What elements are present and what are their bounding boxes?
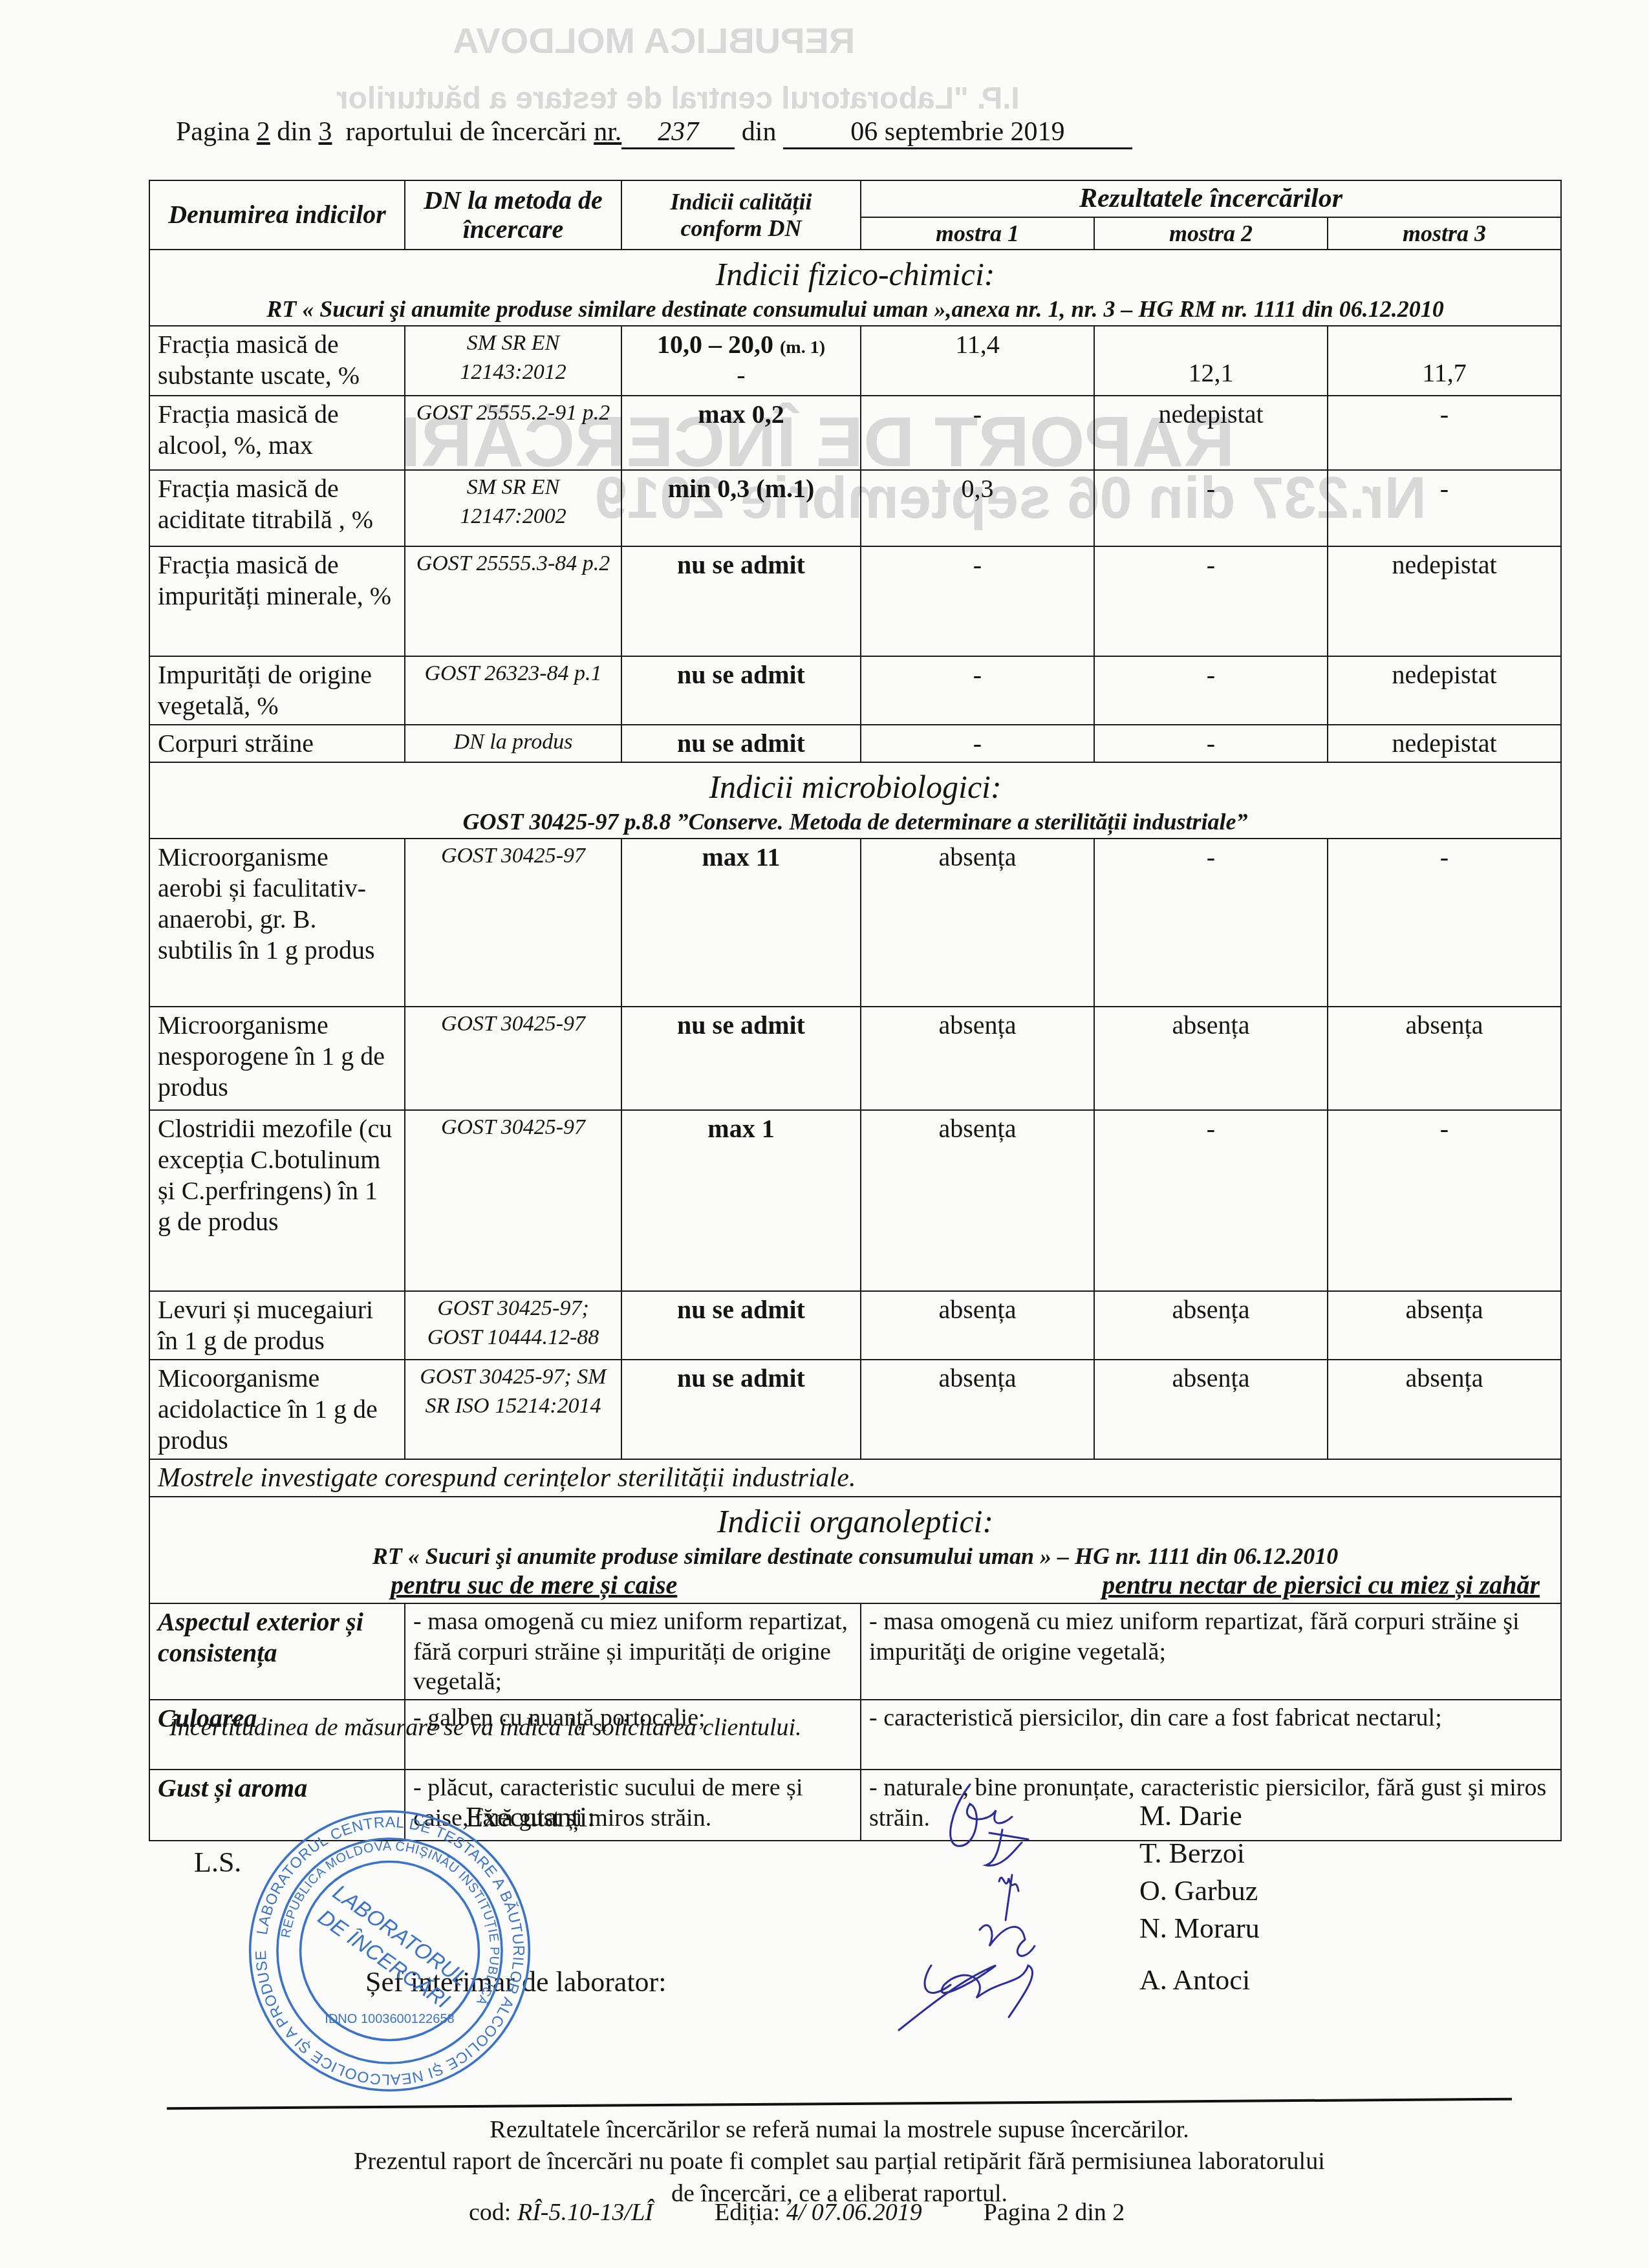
result-sample-2: -	[1094, 725, 1328, 762]
date-label: din	[742, 117, 777, 147]
code-label: cod:	[469, 2199, 511, 2226]
test-method: GOST 30425-97	[405, 1007, 621, 1110]
norm-value: 10,0 – 20,0	[657, 330, 773, 359]
test-method: GOST 25555.2-91 p.2	[405, 396, 621, 470]
quality-norm: nu se admit	[621, 656, 861, 725]
result-sample-2: -	[1094, 1110, 1328, 1291]
footer-disclaimer: Rezultatele încercărilor se referă numai…	[167, 2114, 1512, 2210]
section-header: Indicii microbiologici:GOST 30425-97 p.8…	[149, 762, 1561, 839]
quality-norm: min 0,3 (m.1)	[621, 470, 861, 546]
code-value: RÎ-5.10-13/LÎ	[517, 2199, 653, 2226]
results-table: Denumirea indicilor DN la metoda de înce…	[149, 180, 1562, 1841]
result-sample-2: -	[1094, 546, 1328, 656]
result-sample-3: absența	[1328, 1007, 1561, 1110]
indicator-name: Fracția masică de substante uscate, %	[149, 326, 405, 396]
section-header-row: Indicii organoleptici:RT « Sucuri şi anu…	[149, 1497, 1561, 1603]
col-header-method: DN la metoda de încercare	[405, 180, 621, 250]
norm-value: max 0,2	[698, 400, 784, 429]
table-row: Impurități de origine vegetală, %GOST 26…	[149, 656, 1561, 725]
indicator-name: Fracția masică de impurități minerale, %	[149, 546, 405, 656]
section-subtitle: GOST 30425-97 p.8.8 ”Conserve. Metoda de…	[158, 808, 1553, 835]
organoleptic-left-value: - masa omogenă cu miez uniform repartiza…	[405, 1603, 861, 1700]
section-header-row: Indicii microbiologici:GOST 30425-97 p.8…	[149, 762, 1561, 839]
result-sample-3: nedepistat	[1328, 725, 1561, 762]
section-title: Indicii microbiologici:	[709, 769, 1001, 805]
form-page-label: Pagina 2 din 2	[984, 2199, 1125, 2226]
norm-value: nu se admit	[677, 1364, 805, 1393]
report-label: raportului de încercări	[345, 117, 587, 147]
test-method: GOST 26323-84 p.1	[405, 656, 621, 725]
report-number: 237	[621, 116, 735, 149]
result-sample-2: -	[1094, 656, 1328, 725]
indicator-name: Microorganisme aerobi și faculitativ-ana…	[149, 839, 405, 1007]
result-sample-2: -	[1094, 470, 1328, 546]
laboratory-stamp-icon: LABORATORUL CENTRAL DE TESTARE A BĂUTURI…	[246, 1807, 533, 2095]
quality-norm: nu se admit	[621, 1360, 861, 1459]
result-sample-3: nedepistat	[1328, 546, 1561, 656]
quality-norm: max 11	[621, 839, 861, 1007]
signature-scribbles-icon	[892, 1771, 1138, 2049]
test-method: GOST 30425-97; GOST 10444.12-88	[405, 1291, 621, 1360]
norm-value: nu se admit	[677, 660, 805, 689]
section-subtitle: RT « Sucuri şi anumite produse similare …	[158, 1543, 1553, 1570]
result-sample-1: -	[861, 546, 1094, 656]
section-header-row: Indicii fizico-chimici:RT « Sucuri şi an…	[149, 250, 1561, 326]
footer-line-1: Rezultatele încercărilor se referă numai…	[167, 2114, 1512, 2146]
report-header-line: Pagina 2 din 3 raportului de încercări n…	[176, 116, 1132, 149]
result-sample-3: -	[1328, 839, 1561, 1007]
table-row: Microorganisme nesporogene în 1 g de pro…	[149, 1007, 1561, 1110]
indicator-name: Clostridii mezofile (cu excepția C.botul…	[149, 1110, 405, 1291]
executant-name: M. Darie	[1139, 1797, 1260, 1835]
section-subtitle: RT « Sucuri şi anumite produse similare …	[158, 295, 1553, 323]
result-sample-1: absența	[861, 839, 1094, 1007]
svg-text:IDNO 1003600122658: IDNO 1003600122658	[325, 2012, 454, 2026]
product-columns: pentru suc de mere și caisepentru nectar…	[158, 1570, 1553, 1600]
section-title: Indicii fizico-chimici:	[716, 256, 995, 292]
table-row: Fracția masică de impurități minerale, %…	[149, 546, 1561, 656]
result-sample-1: absența	[861, 1291, 1094, 1360]
test-method: DN la produs	[405, 725, 621, 762]
test-method: SM SR EN 12147:2002	[405, 470, 621, 546]
table-row: Fracția masică de alcool, %, maxGOST 255…	[149, 396, 1561, 470]
norm-value: nu se admit	[677, 1295, 805, 1324]
col-header-norm: Indicii calității conform DN	[621, 180, 861, 250]
test-method: GOST 25555.3-84 p.2	[405, 546, 621, 656]
table-row: Microorganisme aerobi și faculitativ-ana…	[149, 839, 1561, 1007]
indicator-name: Corpuri străine	[149, 725, 405, 762]
result-sample-2: absența	[1094, 1360, 1328, 1459]
result-sample-2: 12,1	[1094, 326, 1328, 396]
col-header-sample-1: mostra 1	[861, 217, 1094, 250]
document-code-line: cod: RÎ-5.10-13/LÎ Ediția: 4/ 07.06.2019…	[469, 2198, 1125, 2227]
quality-norm: max 1	[621, 1110, 861, 1291]
norm-value: nu se admit	[677, 729, 805, 758]
executant-name: N. Moraru	[1139, 1910, 1260, 1947]
uncertainty-note: Încertitudinea de măsurare se va indica …	[169, 1713, 802, 1742]
indicator-name: Microorganisme nesporogene în 1 g de pro…	[149, 1007, 405, 1110]
result-sample-1: 11,4	[861, 326, 1094, 396]
page-current: 2	[257, 117, 270, 147]
table-row: Corpuri străineDN la produsnu se admit--…	[149, 725, 1561, 762]
edition-label: Ediția:	[715, 2199, 780, 2226]
table-row: Micoorganisme acidolactice în 1 g de pro…	[149, 1360, 1561, 1459]
quality-norm: nu se admit	[621, 546, 861, 656]
result-sample-3: absența	[1328, 1360, 1561, 1459]
test-method: GOST 30425-97	[405, 839, 621, 1007]
indicator-name: Levuri și mucegaiuri în 1 g de produs	[149, 1291, 405, 1360]
test-method: SM SR EN 12143:2012	[405, 326, 621, 396]
norm-value: max 1	[707, 1114, 774, 1143]
table-row: Fracția masică de aciditate titrabilă , …	[149, 470, 1561, 546]
result-sample-2: nedepistat	[1094, 396, 1328, 470]
norm-value: max 11	[702, 842, 780, 872]
test-method: GOST 30425-97; SM SR ISO 15214:2014	[405, 1360, 621, 1459]
result-sample-1: -	[861, 725, 1094, 762]
product-left-label: pentru suc de mere și caise	[391, 1570, 677, 1600]
footer-line-2: Prezentul raport de încercări nu poate f…	[167, 2146, 1512, 2177]
bleed-through-text: I.P. "Laboratorul central de testare a b…	[336, 81, 1020, 116]
edition-value: 4/ 07.06.2019	[786, 2199, 922, 2226]
executant-name: O. Garbuz	[1139, 1872, 1260, 1910]
table-row: Fracția masică de substante uscate, %SM …	[149, 326, 1561, 396]
table-row: Levuri și mucegaiuri în 1 g de produsGOS…	[149, 1291, 1561, 1360]
result-sample-1: 0,3	[861, 470, 1094, 546]
quality-norm: nu se admit	[621, 725, 861, 762]
result-sample-3: nedepistat	[1328, 656, 1561, 725]
result-sample-3: -	[1328, 1110, 1561, 1291]
organoleptic-indicator: Aspectul exterior și consistența	[149, 1603, 405, 1700]
page-total: 3	[318, 117, 332, 147]
col-header-sample-2: mostra 2	[1094, 217, 1328, 250]
quality-norm: nu se admit	[621, 1291, 861, 1360]
page-prefix: Pagina	[176, 117, 250, 147]
indicator-name: Fracția masică de aciditate titrabilă , …	[149, 470, 405, 546]
result-sample-2: absența	[1094, 1291, 1328, 1360]
result-sample-3: absența	[1328, 1291, 1561, 1360]
sterility-conclusion: Mostrele investigate corespund cerințelo…	[149, 1459, 1561, 1497]
indicator-name: Impurități de origine vegetală, %	[149, 656, 405, 725]
product-right-label: pentru nectar de piersici cu miez și zah…	[1102, 1570, 1540, 1600]
organoleptic-right-value: - caracteristică piersicilor, din care a…	[861, 1700, 1561, 1770]
indicator-name: Fracția masică de alcool, %, max	[149, 396, 405, 470]
section-title: Indicii organoleptici:	[717, 1503, 993, 1539]
quality-norm: 10,0 – 20,0 (m. 1)-	[621, 326, 861, 396]
footer-divider	[167, 2098, 1512, 2110]
ls-label: L.S.	[194, 1846, 241, 1879]
result-sample-2: absența	[1094, 1007, 1328, 1110]
document-page: REPUBLICA MOLDOVA I.P. "Laboratorul cent…	[0, 0, 1649, 2268]
result-sample-1: -	[861, 656, 1094, 725]
col-header-name: Denumirea indicilor	[149, 180, 405, 250]
norm-value: nu se admit	[677, 550, 805, 579]
executant-name: T. Berzoi	[1139, 1835, 1260, 1872]
result-sample-3: -	[1328, 396, 1561, 470]
organoleptic-row: Aspectul exterior și consistența- masa o…	[149, 1603, 1561, 1700]
col-header-results: Rezultatele încercărilor	[861, 180, 1561, 217]
table-row: Clostridii mezofile (cu excepția C.botul…	[149, 1110, 1561, 1291]
norm-value: nu se admit	[677, 1011, 805, 1040]
section-header: Indicii organoleptici:RT « Sucuri şi anu…	[149, 1497, 1561, 1603]
page-of: din	[277, 117, 312, 147]
result-sample-3: -	[1328, 470, 1561, 546]
section-header: Indicii fizico-chimici:RT « Sucuri şi an…	[149, 250, 1561, 326]
result-sample-3: 11,7	[1328, 326, 1561, 396]
conclusion-row: Mostrele investigate corespund cerințelo…	[149, 1459, 1561, 1497]
test-method: GOST 30425-97	[405, 1110, 621, 1291]
result-sample-1: absența	[861, 1007, 1094, 1110]
quality-norm: max 0,2	[621, 396, 861, 470]
organoleptic-right-value: - masa omogenă cu miez uniform repartiza…	[861, 1603, 1561, 1700]
report-date: 06 septembrie 2019	[783, 116, 1132, 149]
norm-extra: -	[630, 359, 852, 390]
signatory-names: M. Darie T. Berzoi O. Garbuz N. Moraru A…	[1139, 1797, 1260, 1999]
norm-note: (m. 1)	[780, 337, 825, 358]
norm-value: min 0,3 (m.1)	[668, 474, 815, 503]
result-sample-1: -	[861, 396, 1094, 470]
head-name: A. Antoci	[1139, 1962, 1260, 1999]
quality-norm: nu se admit	[621, 1007, 861, 1110]
result-sample-2: -	[1094, 839, 1328, 1007]
nr-label: nr.	[594, 117, 621, 147]
col-header-sample-3: mostra 3	[1328, 217, 1561, 250]
result-sample-1: absența	[861, 1110, 1094, 1291]
result-sample-1: absența	[861, 1360, 1094, 1459]
indicator-name: Micoorganisme acidolactice în 1 g de pro…	[149, 1360, 405, 1459]
bleed-through-text: REPUBLICA MOLDOVA	[453, 19, 855, 61]
